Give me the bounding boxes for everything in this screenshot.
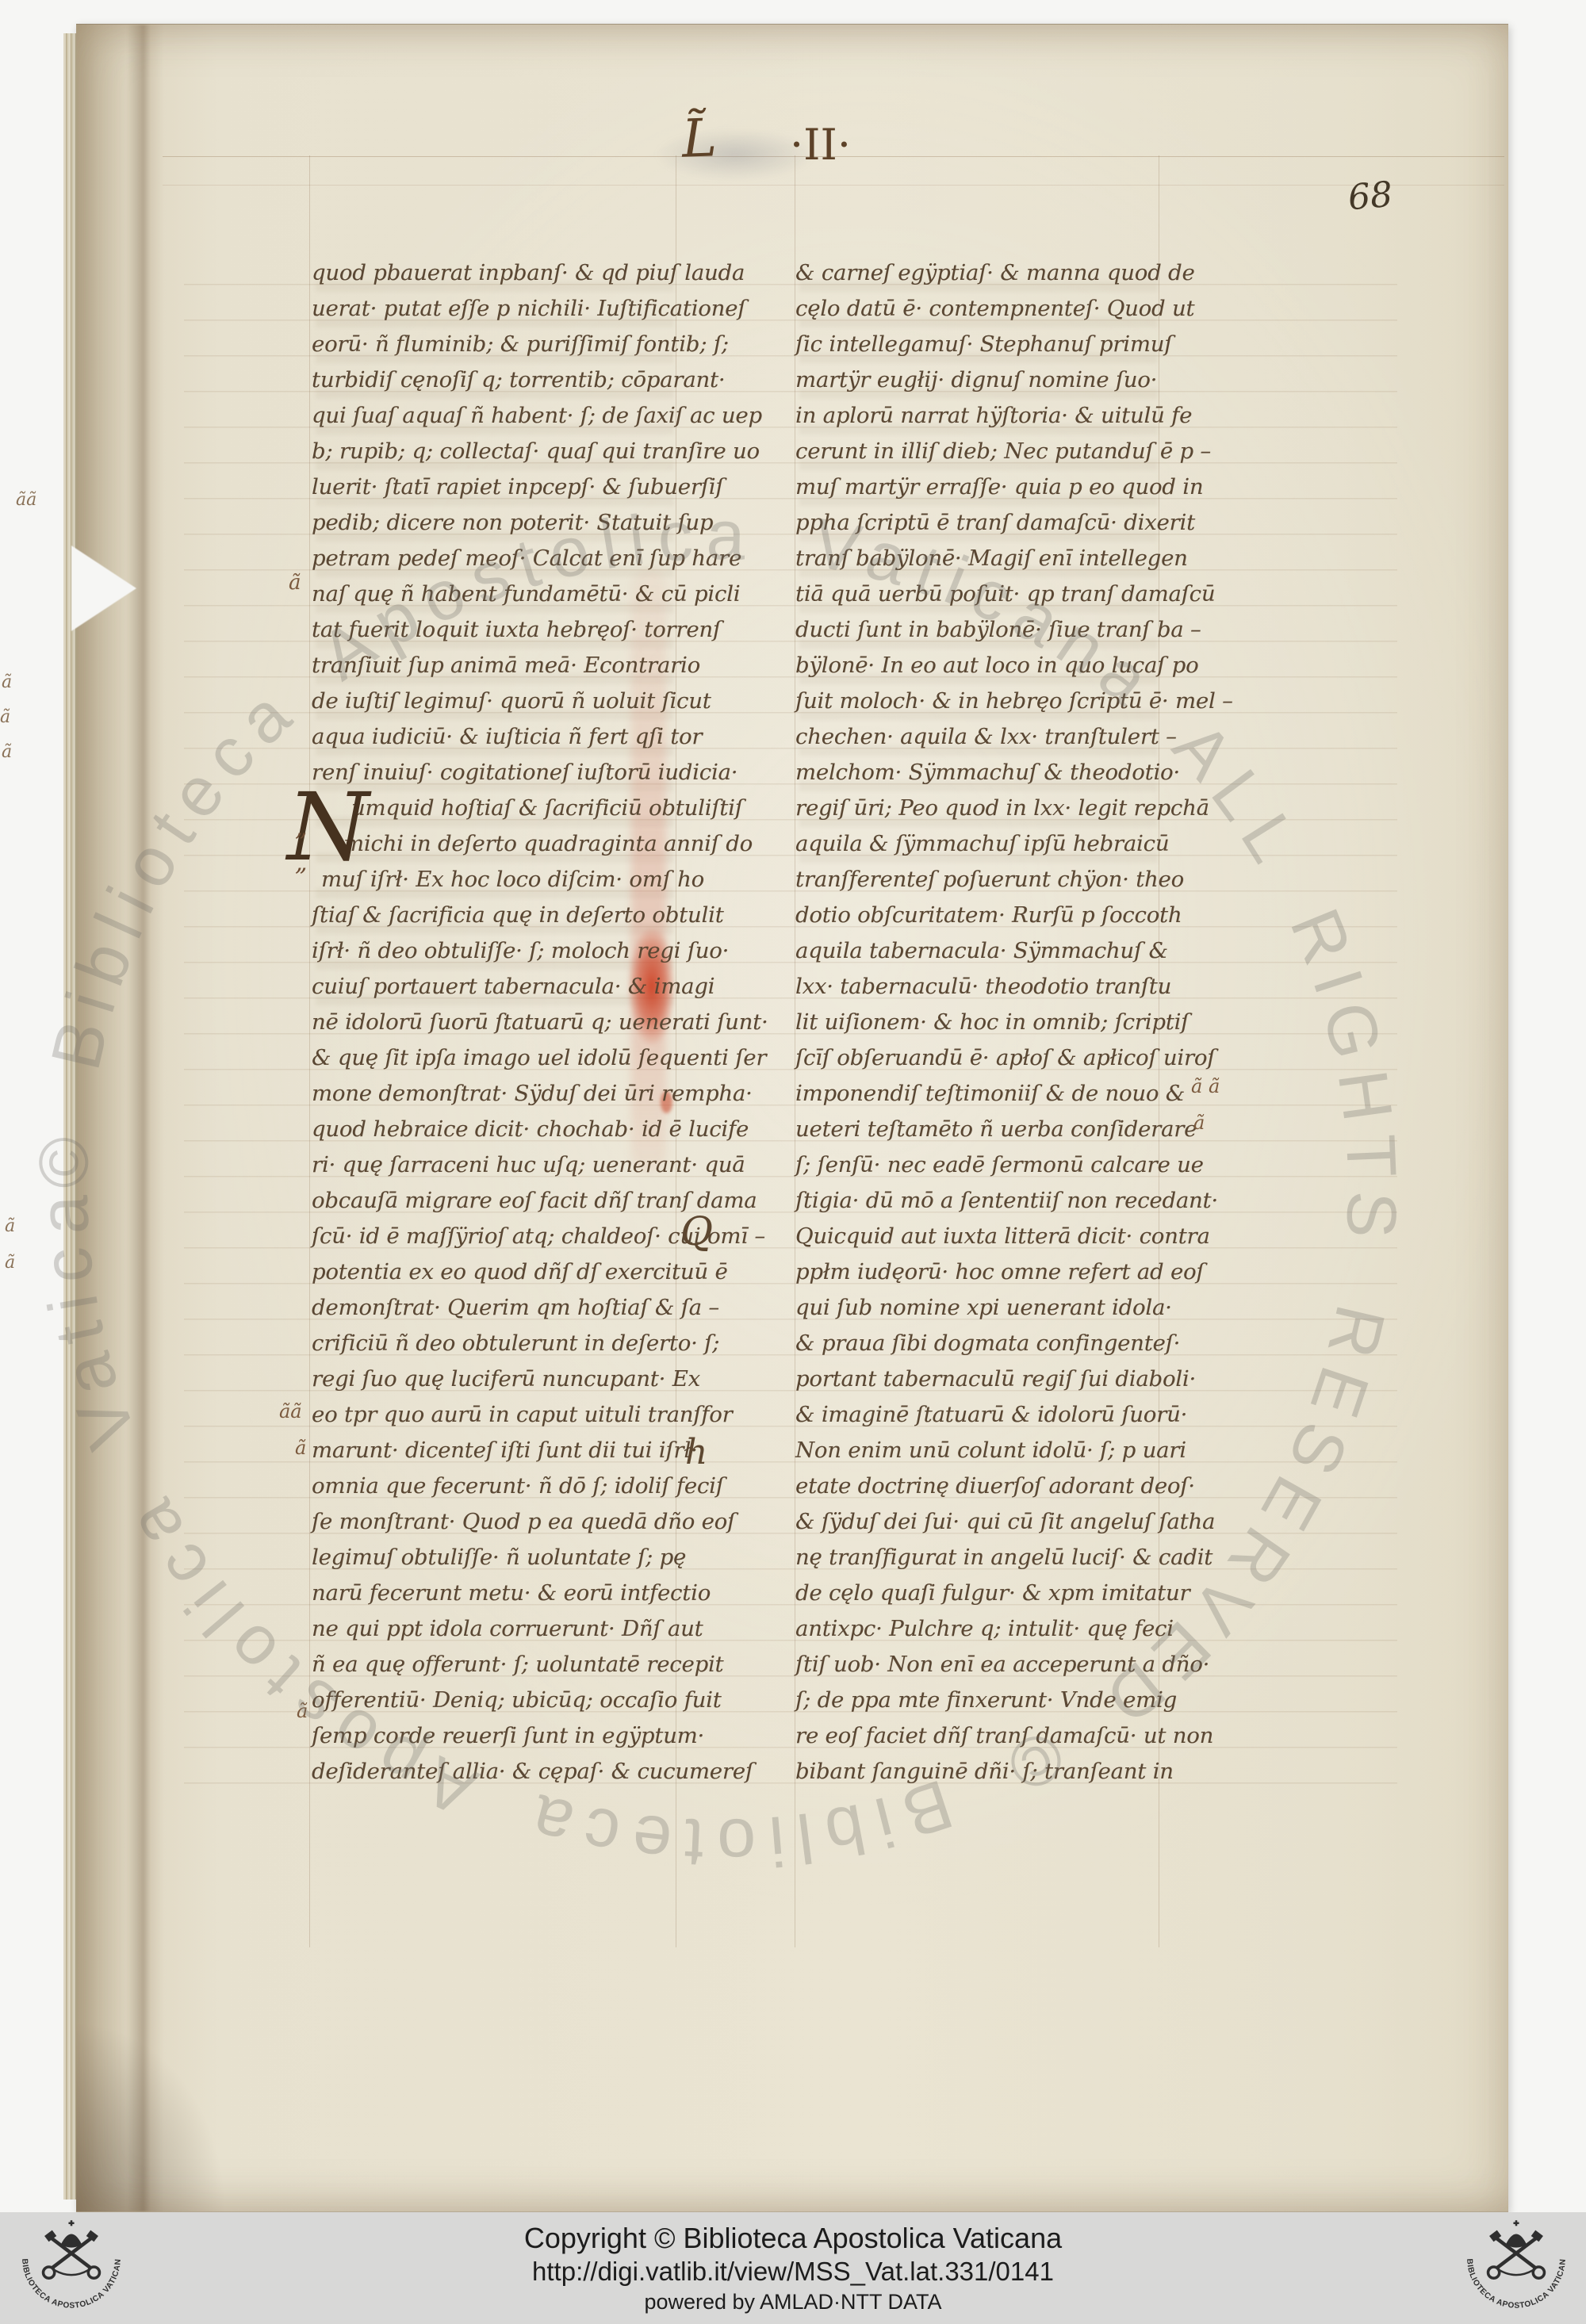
svg-text:BIBLIOTECA APOSTOLICA VATICANA: BIBLIOTECA APOSTOLICA VATICANA bbox=[1456, 2217, 1568, 2311]
manuscript-line: iſrł· ñ deo obtuliſſe· ſ; moloch regi ſu… bbox=[312, 933, 678, 969]
footer-url: http://digi.vatlib.it/view/MSS_Vat.lat.3… bbox=[0, 2257, 1586, 2287]
manuscript-line: dotio obſcuritatem· Rurſū p ſoccoth bbox=[795, 898, 1162, 933]
logo-arc-text: BIBLIOTECA APOSTOLICA VATICANA bbox=[1456, 2217, 1568, 2311]
manuscript-line: ppha ſcriptū ē tranſ damaſcū· dixerit bbox=[795, 505, 1162, 541]
binding-shadow bbox=[76, 2021, 227, 2211]
margin-mark: ãã bbox=[279, 1402, 302, 1421]
guide-letter-q: Q bbox=[680, 1212, 713, 1251]
edge-mark: ã bbox=[5, 1218, 15, 1235]
manuscript-line: ri· quę ſarraceni huc uſq; uenerant· quā bbox=[312, 1147, 678, 1183]
margin-mark: ã bbox=[1193, 1113, 1205, 1132]
manuscript-line: naſ quę ñ habent fundamētū· & cū picli bbox=[312, 576, 678, 612]
vatican-library-logo: BIBLIOTECA APOSTOLICA VATICANA bbox=[1456, 2217, 1576, 2318]
manuscript-line: deſideranteſ allia· & cępaſ· & cucumereſ bbox=[312, 1754, 678, 1790]
edge-mark: ã bbox=[2, 674, 12, 691]
manuscript-line: aqua iudiciū· & iuſticia ñ fert qſi tor bbox=[312, 719, 678, 755]
page-edge-notch bbox=[71, 546, 136, 631]
manuscript-line: melchom· Sÿmmachuſ & theodotio· bbox=[795, 755, 1162, 791]
manuscript-line: bÿlonē· In eo aut loco in quo lucaſ po bbox=[795, 648, 1162, 683]
manuscript-line: lxx· tabernaculū· theodotio tranſtu bbox=[795, 969, 1162, 1005]
manuscript-line: regi ſuo quę luciferū nuncupant· Ex bbox=[312, 1361, 678, 1397]
manuscript-line: cerunt in illiſ dieb; Nec putanduſ ē p – bbox=[795, 434, 1162, 469]
manuscript-line: ſemp corde reuerſi ſunt in egÿptum· bbox=[312, 1718, 678, 1754]
manuscript-line: offerentiū· Deniq; ubicūq; occaſio fuit bbox=[312, 1683, 678, 1718]
margin-mark: ã bbox=[295, 1438, 306, 1457]
manuscript-line: ſe monſtrant· Quod p ea quedā dño eoſ bbox=[312, 1504, 678, 1540]
manuscript-line: crificiū ñ deo obtulerunt in deſerto· ſ; bbox=[312, 1326, 678, 1361]
manuscript-line: antixpc· Pulchre q; intulit· quę feci bbox=[795, 1611, 1162, 1647]
manuscript-line: & imaginē ſtatuarū & idolorū ſuorū· bbox=[795, 1397, 1162, 1433]
vatican-library-logo: BIBLIOTECA APOSTOLICA VATICANA bbox=[11, 2217, 132, 2318]
manuscript-line: ſtigia· dū mō a ſententiiſ non recedant· bbox=[795, 1183, 1162, 1219]
manuscript-line: tranſferenteſ poſuerunt chÿon· theo bbox=[795, 862, 1162, 898]
manuscript-line: qui ſub nomine xpi uenerant idola· bbox=[795, 1290, 1162, 1326]
manuscript-line: & quę ſit ipſa imago uel idolū ſequenti … bbox=[312, 1040, 678, 1076]
manuscript-line: uerat· putat eſſe p nichili· Iuſtificati… bbox=[312, 291, 678, 327]
running-header-book: L̃ bbox=[681, 112, 718, 165]
manuscript-line: aquila tabernacula· Sÿmmachuſ & bbox=[795, 933, 1162, 969]
manuscript-line: turbidiſ cęnoſiſ q; torrentib; cōparant· bbox=[312, 362, 678, 398]
edge-mark: ã bbox=[0, 709, 10, 726]
gutter-crease bbox=[127, 25, 163, 2211]
manuscript-line: ſtiſ uob· Non enī ea acceperunt a dño· bbox=[795, 1647, 1162, 1683]
margin-mark: ã bbox=[297, 1702, 308, 1721]
manuscript-line: tiā quā uerbū poſuit· qp tranſ damaſcū bbox=[795, 576, 1162, 612]
manuscript-line: ne qui ppt idola corruerunt· Dñſ aut bbox=[312, 1611, 678, 1647]
vatican-emblem-icon bbox=[44, 2220, 100, 2278]
svg-text:BIBLIOTECA APOSTOLICA VATICANA: BIBLIOTECA APOSTOLICA VATICANA bbox=[11, 2217, 123, 2311]
manuscript-line: re eoſ faciet dñſ tranſ damaſcū· ut non bbox=[795, 1718, 1162, 1754]
manuscript-line: etate doctrinę diuerſoſ adorant deoſ· bbox=[795, 1468, 1162, 1504]
manuscript-line: Quicquid aut iuxta litterā dicit· contra bbox=[795, 1219, 1162, 1254]
vatican-emblem-icon bbox=[1488, 2220, 1545, 2278]
manuscript-line: ſcīſ obſeruandū ē· apłoſ & apłicoſ uiroſ bbox=[795, 1040, 1162, 1076]
manuscript-line: nę tranſfigurat in angelū luciſ· & cadit bbox=[795, 1540, 1162, 1575]
manuscript-line: eo tpr quo aurū in caput uituli tranſfor bbox=[312, 1397, 678, 1433]
manuscript-line: lit uiſionem· & hoc in omnib; ſcriptiſ bbox=[795, 1005, 1162, 1040]
manuscript-line: & ſÿduſ dei ſui· qui cū ſit angeluſ ſath… bbox=[795, 1504, 1162, 1540]
manuscript-line: omnia que fecerunt· ñ dō ſ; idoliſ feciſ bbox=[312, 1468, 678, 1504]
manuscript-line: legimuſ obtuliſſe· ñ uoluntate ſ; pę bbox=[312, 1540, 678, 1575]
manuscript-line: petram pedeſ meoſ· Calcat enī ſup hare bbox=[312, 541, 678, 576]
manuscript-line: cuiuſ portauert tabernacula· & imagi bbox=[312, 969, 678, 1005]
manuscript-line: qui ſuaſ aquaſ ñ habent· ſ; de ſaxiſ ac … bbox=[312, 398, 678, 434]
manuscript-line: quod hebraice dicit· chochab· id ē lucif… bbox=[312, 1112, 678, 1147]
manuscript-line: martÿr eugłij· dignuſ nomine ſuo· bbox=[795, 362, 1162, 398]
margin-mark: ã ã bbox=[1191, 1077, 1220, 1096]
manuscript-line: ſcū· id ē maſſÿrioſ atq; chaldeoſ· cui o… bbox=[312, 1219, 678, 1254]
edge-mark: ãã bbox=[16, 492, 36, 509]
manuscript-line: imponendiſ teſtimoniiſ & de nouo & bbox=[795, 1076, 1162, 1112]
right-column: & carneſ egÿptiaſ· & manna quod decęlo d… bbox=[795, 255, 1162, 1790]
running-header-number: ·II· bbox=[790, 124, 851, 167]
manuscript-line: & carneſ egÿptiaſ· & manna quod de bbox=[795, 255, 1162, 291]
manuscript-line: muſ martÿr erraſſe· quia p eo quod in bbox=[795, 469, 1162, 505]
manuscript-line: in aplorū narrat hÿſtoria· & uitulū fe bbox=[795, 398, 1162, 434]
manuscript-line: Non enim unū colunt idolū· ſ; p uari bbox=[795, 1433, 1162, 1468]
manuscript-line: eorū· ñ fluminib; & puriſſimiſ fontib; ſ… bbox=[312, 327, 678, 362]
manuscript-line: ſ; de ppa mte finxerunt· Vnde emig bbox=[795, 1683, 1162, 1718]
manuscript-line: ñ ea quę offerunt· ſ; uoluntatē recepit bbox=[312, 1647, 678, 1683]
guide-letter-h: h bbox=[685, 1435, 707, 1470]
book-page-edges bbox=[63, 33, 76, 2200]
manuscript-line: ducti ſunt in babÿlonē· ſiue tranſ ba – bbox=[795, 612, 1162, 648]
quotation-diple: „ bbox=[295, 817, 308, 840]
manuscript-line: potentia ex eo quod dñſ dſ exercituū ē bbox=[312, 1254, 678, 1290]
manuscript-line: marunt· dicenteſ iſti ſunt dii tui iſrł· bbox=[312, 1433, 678, 1468]
footer-bar: Copyright © Biblioteca Apostolica Vatica… bbox=[0, 2212, 1586, 2324]
manuscript-line: de iuſtiſ legimuſ· quorū ñ uoluit ſicut bbox=[312, 683, 678, 719]
manuscript-line: demonſtrat· Querim qm hoſtiaſ & ſa – bbox=[312, 1290, 678, 1326]
manuscript-line: aquila & ſÿmmachuſ ipſū hebraicū bbox=[795, 826, 1162, 862]
edge-mark: ã bbox=[5, 1254, 15, 1272]
manuscript-line: ſuit moloch· & in hebręo ſcriptū ē· mel … bbox=[795, 683, 1162, 719]
manuscript-line: mone demonſtrat· Sÿduſ dei ūri rempha· bbox=[312, 1076, 678, 1112]
logo-arc-text: BIBLIOTECA APOSTOLICA VATICANA bbox=[11, 2217, 123, 2311]
footer-copyright: Copyright © Biblioteca Apostolica Vatica… bbox=[0, 2222, 1586, 2255]
manuscript-line: obcauſā migrare eoſ facit dñſ tranſ dama bbox=[312, 1183, 678, 1219]
footer-powered-by: powered by AMLAD·NTT DATA bbox=[0, 2290, 1586, 2314]
scan-background: L̃ ·II· 68 N quod pbauerat inpbanſ· & qd… bbox=[0, 0, 1586, 2324]
manuscript-line: tat fuerit loquit iuxta hebręoſ· torrenſ bbox=[312, 612, 678, 648]
manuscript-line: cęlo datū ē· contempnenteſ· Quod ut bbox=[795, 291, 1162, 327]
left-column: quod pbauerat inpbanſ· & qd piuſ laudaue… bbox=[312, 255, 678, 1790]
manuscript-line: tranſ babÿlonē· Magiſ enī intellegen bbox=[795, 541, 1162, 576]
manuscript-line: ueteri teſtamēto ñ uerba conſiderare bbox=[795, 1112, 1162, 1147]
manuscript-line: portant tabernaculū regiſ ſui diaboli· bbox=[795, 1361, 1162, 1397]
manuscript-line: ſtiaſ & ſacrificia quę in deſerto obtuli… bbox=[312, 898, 678, 933]
margin-mark: ã bbox=[289, 572, 301, 593]
folio-number: 68 bbox=[1347, 178, 1394, 216]
manuscript-line: ſic intellegamuſ· Stephanuſ primuſ bbox=[795, 327, 1162, 362]
manuscript-line: ſ; ſenſū· nec eadē ſermonū calcare ue bbox=[795, 1147, 1162, 1183]
manuscript-line: tranſiuit ſup animā meā· Econtrario bbox=[312, 648, 678, 683]
manuscript-line: de cęlo quaſi fulgur· & xpm imitatur bbox=[795, 1575, 1162, 1611]
edge-mark: ã bbox=[2, 744, 12, 761]
manuscript-line: luerit· ſtatī rapiet inpcepſ· & ſubuerſi… bbox=[312, 469, 678, 505]
manuscript-line: chechen· aquila & lxx· tranſtulert – bbox=[795, 719, 1162, 755]
manuscript-line: ppłm iudęorū· hoc omne refert ad eoſ bbox=[795, 1254, 1162, 1290]
manuscript-line: bibant ſanguinē dñi· ſ; tranſeant in bbox=[795, 1754, 1162, 1790]
manuscript-line: nē idolorū ſuorū ſtatuarū q; uenerati ſu… bbox=[312, 1005, 678, 1040]
manuscript-line: quod pbauerat inpbanſ· & qd piuſ lauda bbox=[312, 255, 678, 291]
manuscript-line: & praua ſibi dogmata confingenteſ· bbox=[795, 1326, 1162, 1361]
manuscript-line: b; rupib; q; collectaſ· quaſ qui tranſir… bbox=[312, 434, 678, 469]
manuscript-line: narū fecerunt metu· & eorū intfectio bbox=[312, 1575, 678, 1611]
quotation-diple: „ bbox=[295, 852, 308, 875]
manuscript-line: pedib; dicere non poterit· Statuit ſup bbox=[312, 505, 678, 541]
manuscript-line: regiſ ūri; Peo quod in lxx· legit repchā bbox=[795, 791, 1162, 826]
